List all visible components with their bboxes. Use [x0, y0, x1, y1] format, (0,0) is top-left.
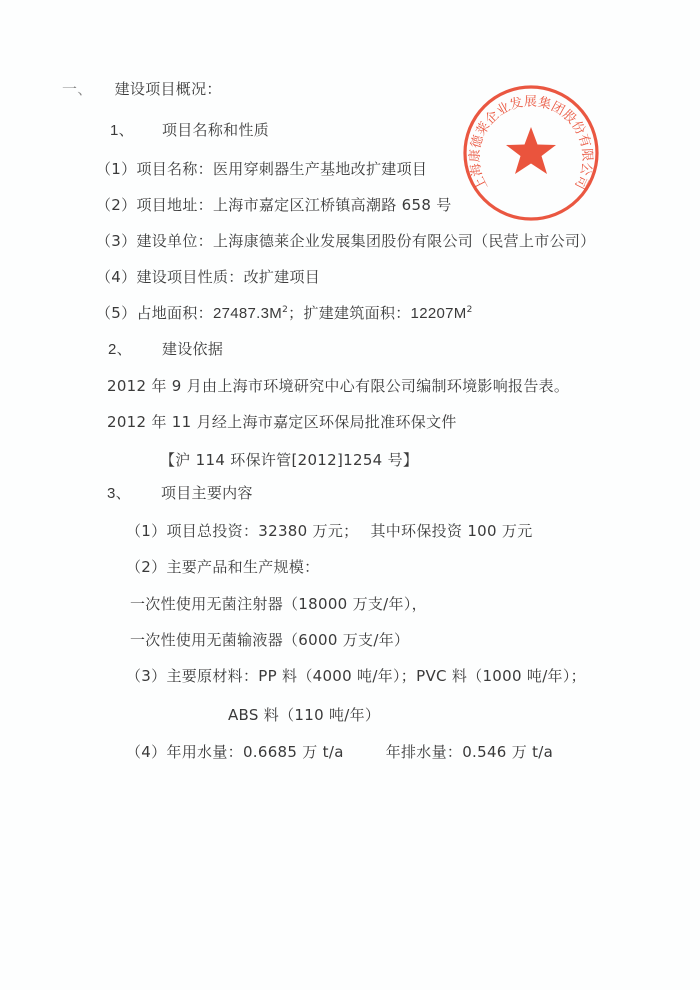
subsection-marker: 3、 — [107, 485, 131, 502]
land-area-label: 占地面积： — [136, 304, 213, 322]
env-investment: 其中环保投资 100 万元 — [370, 522, 532, 540]
item-label: 项目地址： — [136, 196, 213, 214]
item-construction-unit: （3）建设单位：上海康德莱企业发展集团股份有限公司（民营上市公司） — [96, 231, 595, 251]
item-marker: （2） — [126, 558, 166, 576]
subsection-title: 项目名称和性质 — [162, 121, 269, 139]
products-heading: 主要产品和生产规模： — [166, 558, 319, 576]
item-value: 上海康德莱企业发展集团股份有限公司（民营上市公司） — [213, 232, 596, 250]
subsection-heading-1: 1、项目名称和性质 — [110, 120, 269, 141]
water-usage: 年用水量：0.6685 万 t/a — [166, 743, 343, 761]
item-marker: （3） — [96, 232, 136, 250]
building-area-value: 12207M — [411, 305, 467, 322]
item-project-address: （2）项目地址：上海市嘉定区江桥镇高潮路 658 号 — [96, 195, 452, 215]
company-seal-stamp: 上海康德莱企业发展集团股份有限公司 — [461, 83, 601, 223]
product-infusion-set: 一次性使用无菌输液器（6000 万支/年） — [130, 630, 409, 650]
item-marker: （4） — [96, 268, 136, 286]
land-area-unit-sup: 2 — [282, 305, 288, 315]
item-value: 上海市嘉定区江桥镇高潮路 658 号 — [213, 196, 452, 214]
item-marker: （1） — [126, 522, 166, 540]
building-area-label: 扩建建筑面积： — [303, 304, 410, 322]
content-investment: （1）项目总投资：32380 万元；其中环保投资 100 万元 — [126, 521, 533, 541]
item-label: 项目名称： — [136, 160, 213, 178]
section-marker: 一、 — [62, 80, 93, 98]
item-label: 建设单位： — [136, 232, 213, 250]
basis-permit-number: 【沪 114 环保许管[2012]1254 号】 — [160, 450, 418, 470]
item-marker: （3） — [126, 667, 166, 685]
section-heading: 一、建设项目概况： — [62, 79, 222, 99]
item-value: 改扩建项目 — [244, 268, 321, 286]
subsection-title: 建设依据 — [162, 340, 223, 358]
basis-line-1: 2012 年 9 月由上海市环境研究中心有限公司编制环境影响报告表。 — [107, 376, 569, 396]
item-marker: （4） — [126, 743, 166, 761]
subsection-heading-3: 3、项目主要内容 — [107, 483, 253, 504]
subsection-title: 项目主要内容 — [161, 484, 253, 502]
subsection-marker: 2、 — [108, 341, 132, 358]
building-area-unit-sup: 2 — [467, 305, 473, 315]
basis-line-2: 2012 年 11 月经上海市嘉定区环保局批准环保文件 — [107, 412, 457, 432]
item-marker: （2） — [96, 196, 136, 214]
section-title: 建设项目概况： — [115, 80, 222, 98]
item-project-name: （1）项目名称：医用穿刺器生产基地改扩建项目 — [96, 159, 427, 179]
item-label: 建设项目性质： — [136, 268, 243, 286]
content-materials-cont: ABS 料（110 吨/年） — [228, 705, 380, 725]
content-products-heading: （2）主要产品和生产规模： — [126, 557, 319, 577]
water-discharge: 年排水量：0.546 万 t/a — [386, 743, 553, 761]
separator: ； — [288, 304, 303, 322]
land-area-value: 27487.3M — [213, 305, 282, 322]
content-water: （4）年用水量：0.6685 万 t/a年排水量：0.546 万 t/a — [126, 742, 553, 762]
materials-text: 主要原材料：PP 料（4000 吨/年）；PVC 料（1000 吨/年）； — [166, 667, 586, 685]
star-icon — [506, 127, 556, 174]
document-page: 一、建设项目概况： 1、项目名称和性质 （1）项目名称：医用穿刺器生产基地改扩建… — [0, 0, 700, 990]
product-syringe: 一次性使用无菌注射器（18000 万支/年）， — [130, 594, 427, 614]
item-area: （5）占地面积：27487.3M2；扩建建筑面积：12207M2 — [96, 303, 473, 324]
total-investment: 项目总投资：32380 万元； — [166, 522, 358, 540]
item-project-nature: （4）建设项目性质：改扩建项目 — [96, 267, 320, 287]
item-value: 医用穿刺器生产基地改扩建项目 — [213, 160, 427, 178]
subsection-marker: 1、 — [110, 122, 134, 139]
item-marker: （1） — [96, 160, 136, 178]
subsection-heading-2: 2、建设依据 — [108, 339, 223, 360]
item-marker: （5） — [96, 304, 136, 322]
content-materials: （3）主要原材料：PP 料（4000 吨/年）；PVC 料（1000 吨/年）； — [126, 666, 586, 686]
